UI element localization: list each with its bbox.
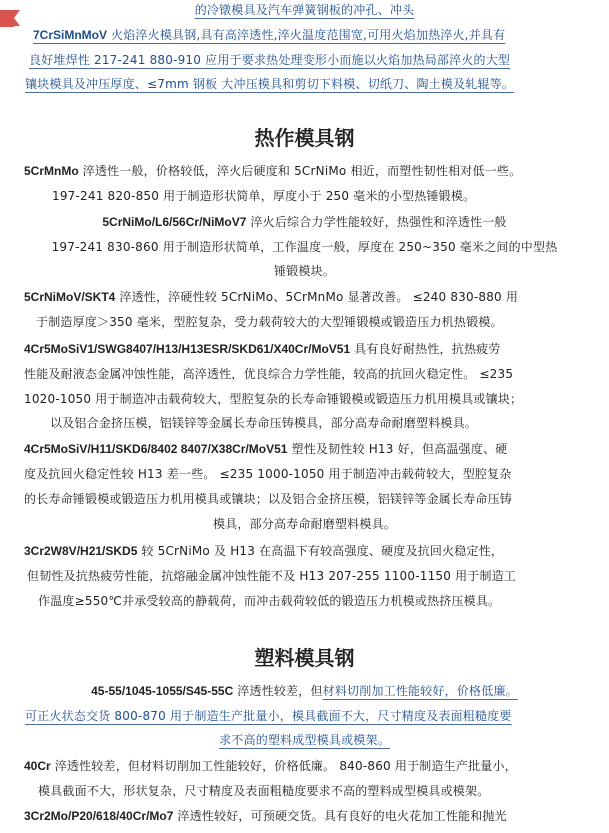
item-h11-line4: 模具，部分高寿命耐磨塑料模具。 (0, 515, 609, 535)
item-text: 淬火后综合力学性能较好，热强性和淬透性一般 (246, 215, 506, 229)
cold-tail-line3[interactable]: 镶块模具及冲压厚度、≤7mm 钢板 大冲压模具和剪切下料模、切纸刀、陶土模及轧辊… (25, 75, 514, 95)
grade-label: 40Cr (24, 759, 51, 773)
item-text: 较 5CrNiMo 及 H13 在高温下有较高强度、硬度及抗回火稳定性， (137, 544, 503, 558)
item-text: 塑性及韧性较 H13 好，但高温强度、硬 (287, 442, 507, 456)
item-p20-line1: 3Cr2Mo/P20/618/40Cr/Mo7 淬透性较好，可预硬交货。具有良好… (24, 807, 507, 827)
item-h21-line1: 3Cr2W8V/H21/SKD5 较 5CrNiMo 及 H13 在高温下有较高… (24, 542, 503, 562)
grade-label: 3Cr2W8V/H21/SKD5 (24, 544, 137, 558)
item-text: 淬透性较好，可预硬交货。具有良好的电火花加工性能和抛光 (173, 809, 506, 823)
cold-tail-line2[interactable]: 良好堆焊性 217-241 880-910 应用于要求热处理变形小而施以火焰加热… (29, 51, 510, 71)
item-text: 的长寿命锤锻模或锻造压力机用模具或镶块；以及铝合金挤压模，铝镁锌等金属长寿命压铸 (24, 492, 512, 506)
item-text: 197-241 830-860 用于制造形状简单，工作温度一般，厚度在 250~… (52, 240, 558, 254)
cold-tail-link-1[interactable]: 火焰淬火模具钢,具有高淬透性,淬火温度范围宽,可用火焰加热淬火,并具有 (107, 28, 505, 42)
item-h13-line4: 以及铝合金挤压模，铝镁锌等金属长寿命压铸模具，部分高寿命耐磨塑料模具。 (50, 414, 477, 434)
item-h11-line1: 4Cr5MoSiV/H11/SKD6/8402 8407/X38Cr/MoV51… (24, 440, 507, 460)
grade-label: 5CrNiMoV/SKT4 (24, 290, 115, 304)
item-text: 锤锻模块。 (274, 264, 335, 278)
item-text: 1020-1050 用于制造冲击载荷较大，型腔复杂的长寿命锤锻模或锻造压力机用模… (24, 392, 522, 406)
item-text: 模具，部分高寿命耐磨塑料模具。 (213, 517, 396, 531)
item-text: 以及铝合金挤压模，铝镁锌等金属长寿命压铸模具，部分高寿命耐磨塑料模具。 (50, 416, 477, 430)
cold-tail-line0[interactable]: 的冷镦模具及汽车弹簧钢板的冲孔、冲头 (0, 1, 609, 21)
cold-tail-link-2[interactable]: 良好堆焊性 217-241 880-910 应用于要求热处理变形小而施以火焰加热… (29, 53, 510, 67)
item-h21-line3: 作温度≥550℃并承受较高的静载荷，而冲击载荷较低的锻造压力机模或热挤压模具。 (38, 592, 500, 612)
item-5crnimov-line2: 于制造厚度＞350 毫米，型腔复杂，受力载荷较大的大型锤锻模或锻造压力机热锻模。 (36, 313, 503, 333)
item-40cr-line2: 模具截面不大，形状复杂，尺寸精度及表面粗糙度要求不高的塑料成型模具或模架。 (38, 782, 489, 802)
cold-tail-link-3[interactable]: 镶块模具及冲压厚度、≤7mm 钢板 大冲压模具和剪切下料模、切纸刀、陶土模及轧辊… (25, 77, 514, 91)
item-text: 模具截面不大，形状复杂，尺寸精度及表面粗糙度要求不高的塑料成型模具或模架。 (38, 784, 489, 798)
grade-label: 4Cr5MoSiV/H11/SKD6/8402 8407/X38Cr/MoV51 (24, 442, 287, 456)
item-text: 淬透性较差，但 (233, 684, 322, 698)
section-title-hot-work: 热作模具钢 (0, 122, 609, 151)
item-45-55-line3[interactable]: 求不高的塑料成型模具或模架。 (0, 731, 609, 751)
item-link[interactable]: 材料切削加工性能较好，价格低廉。 (323, 684, 518, 698)
item-5crnimo-line2: 197-241 830-860 用于制造形状简单，工作温度一般，厚度在 250~… (0, 238, 609, 258)
item-link[interactable]: 求不高的塑料成型模具或模架。 (219, 733, 390, 747)
grade-7crsimnmov[interactable]: 7CrSiMnMoV (33, 28, 107, 42)
item-h13-line3: 1020-1050 用于制造冲击载荷较大，型腔复杂的长寿命锤锻模或锻造压力机用模… (24, 390, 522, 410)
item-text: 但韧性及抗热疲劳性能，抗熔融金属冲蚀性能不及 H13 207-255 1100-… (27, 569, 516, 583)
item-text: 淬透性，淬硬性较 5CrNiMo、5CrMnMo 显著改善。 ≤240 830-… (115, 290, 518, 304)
item-text: 淬透性一般，价格较低，淬火后硬度和 5CrNiMo 相近，而塑性韧性相对低一些。 (79, 164, 522, 178)
item-h11-line3: 的长寿命锤锻模或锻造压力机用模具或镶块；以及铝合金挤压模，铝镁锌等金属长寿命压铸 (24, 490, 512, 510)
item-5crnimo-line3: 锤锻模块。 (0, 262, 609, 282)
grade-label: 5CrMnMo (24, 164, 79, 178)
cold-tail-link-0[interactable]: 的冷镦模具及汽车弹簧钢板的冲孔、冲头 (195, 3, 415, 17)
item-45-55-line2[interactable]: 可正火状态交货 800-870 用于制造生产批量小，模具截面不大，尺寸精度及表面… (25, 707, 512, 727)
item-h13-line2: 性能及耐液态金属冲蚀性能，高淬透性，优良综合力学性能，较高的抗回火稳定性。 ≤2… (24, 365, 513, 385)
item-h11-line2: 度及抗回火稳定性较 H13 差一些。 ≤235 1000-1050 用于制造冲击… (24, 465, 512, 485)
item-text: 197-241 820-850 用于制造形状简单，厚度小于 250 毫米的小型热… (52, 189, 475, 203)
item-40cr-line1: 40Cr 淬透性较差，但材料切削加工性能较好，价格低廉。 840-860 用于制… (24, 757, 517, 777)
item-text: 于制造厚度＞350 毫米，型腔复杂，受力载荷较大的大型锤锻模或锻造压力机热锻模。 (36, 315, 503, 329)
item-5crnimov-line1: 5CrNiMoV/SKT4 淬透性，淬硬性较 5CrNiMo、5CrMnMo 显… (24, 288, 518, 308)
cold-tail-line1[interactable]: 7CrSiMnMoV 火焰淬火模具钢,具有高淬透性,淬火温度范围宽,可用火焰加热… (33, 26, 505, 46)
item-link[interactable]: 可正火状态交货 800-870 用于制造生产批量小，模具截面不大，尺寸精度及表面… (25, 709, 512, 723)
item-5crnimo-line1: 5CrNiMo/L6/56Cr/NiMoV7 淬火后综合力学性能较好，热强性和淬… (0, 213, 609, 233)
item-text: 淬透性较差，但材料切削加工性能较好，价格低廉。 840-860 用于制造生产批量… (51, 759, 517, 773)
section-title-plastic: 塑料模具钢 (0, 642, 609, 671)
item-text: 度及抗回火稳定性较 H13 差一些。 ≤235 1000-1050 用于制造冲击… (24, 467, 512, 481)
item-h21-line2: 但韧性及抗热疲劳性能，抗熔融金属冲蚀性能不及 H13 207-255 1100-… (27, 567, 516, 587)
grade-label: 5CrNiMo/L6/56Cr/NiMoV7 (102, 215, 246, 229)
item-5crmnmo-line2: 197-241 820-850 用于制造形状简单，厚度小于 250 毫米的小型热… (52, 187, 475, 207)
grade-label: 4Cr5MoSiV1/SWG8407/H13/H13ESR/SKD61/X40C… (24, 342, 350, 356)
item-text: 性能及耐液态金属冲蚀性能，高淬透性，优良综合力学性能，较高的抗回火稳定性。 ≤2… (24, 367, 513, 381)
item-text: 作温度≥550℃并承受较高的静载荷，而冲击载荷较低的锻造压力机模或热挤压模具。 (38, 594, 500, 608)
item-45-55-line1[interactable]: 45-55/1045-1055/S45-55C 淬透性较差，但材料切削加工性能较… (0, 682, 609, 702)
item-h13-line1: 4Cr5MoSiV1/SWG8407/H13/H13ESR/SKD61/X40C… (24, 340, 501, 360)
grade-label: 45-55/1045-1055/S45-55C (91, 684, 233, 698)
item-5crmnmo-line1: 5CrMnMo 淬透性一般，价格较低，淬火后硬度和 5CrNiMo 相近，而塑性… (24, 162, 521, 182)
grade-label: 3Cr2Mo/P20/618/40Cr/Mo7 (24, 809, 173, 823)
item-text: 具有良好耐热性，抗热疲劳 (350, 342, 500, 356)
